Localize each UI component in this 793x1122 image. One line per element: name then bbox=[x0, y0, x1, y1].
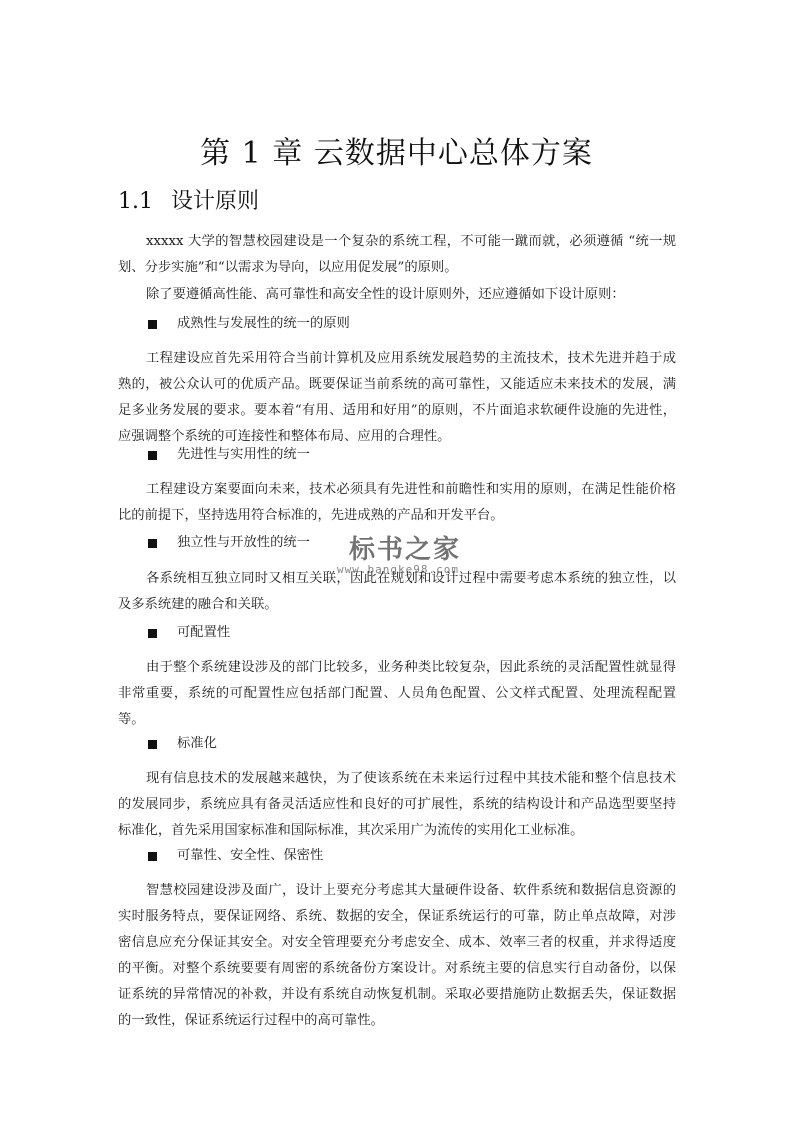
section-title: 设计原则 bbox=[171, 189, 259, 214]
principle-body-text: 智慧校园建设涉及面广，设计上要充分考虑其大量硬件设备、软件系统和数据信息资源的实… bbox=[118, 878, 676, 1034]
intro-lead-block: 除了要遵循高性能、高可靠性和高安全性的设计原则外，还应遵循如下设计原则： bbox=[118, 282, 676, 308]
principle-heading: 成熟性与发展性的统一的原则 bbox=[118, 311, 676, 337]
section-number: 1.1 bbox=[118, 189, 153, 214]
principle-heading: 可靠性、安全性、保密性 bbox=[118, 843, 676, 869]
bullet-square-icon bbox=[148, 740, 157, 749]
principle-heading-text: 先进性与实用性的统一 bbox=[177, 442, 310, 468]
principle-body-text: 各系统相互独立同时又相互关联，因此在规划和设计过程中需要考虑本系统的独立性，以及… bbox=[118, 566, 676, 618]
chapter-title: 第 1 章 云数据中心总体方案 bbox=[0, 128, 793, 172]
principle-body-text: 工程建设方案要面向未来，技术必须具有先进性和前瞻性和实用的原则，在满足性能价格比… bbox=[118, 477, 676, 529]
principle-heading: 标准化 bbox=[118, 731, 676, 757]
principle-body-text: 工程建设应首先采用符合当前计算机及应用系统发展趋势的主流技术，技术先进并趋于成熟… bbox=[118, 346, 676, 450]
principle-heading: 可配置性 bbox=[118, 620, 676, 646]
intro-paragraph: xxxxx 大学的智慧校园建设是一个复杂的系统工程，不可能一蹴而就，必须遵循 “… bbox=[118, 229, 676, 281]
bullet-square-icon bbox=[148, 320, 157, 329]
principle-heading-text: 可靠性、安全性、保密性 bbox=[177, 843, 323, 869]
principle-heading-text: 标准化 bbox=[177, 731, 217, 757]
bullet-square-icon bbox=[148, 451, 157, 460]
intro-lead: 除了要遵循高性能、高可靠性和高安全性的设计原则外，还应遵循如下设计原则： bbox=[118, 282, 676, 308]
principle-body: 工程建设方案要面向未来，技术必须具有先进性和前瞻性和实用的原则，在满足性能价格比… bbox=[118, 477, 676, 529]
bullet-square-icon bbox=[148, 852, 157, 861]
principle-body-text: 现有信息技术的发展越来越快，为了使该系统在未来运行过程中其技术能和整个信息技术的… bbox=[118, 766, 676, 844]
principle-heading: 独立性与开放性的统一 bbox=[118, 530, 676, 556]
principle-heading: 先进性与实用性的统一 bbox=[118, 442, 676, 468]
bullet-square-icon bbox=[148, 539, 157, 548]
principle-body: 由于整个系统建设涉及的部门比较多，业务种类比较复杂，因此系统的灵活配置性就显得非… bbox=[118, 655, 676, 733]
principle-heading-text: 独立性与开放性的统一 bbox=[177, 530, 310, 556]
principle-heading-text: 可配置性 bbox=[177, 620, 230, 646]
document-page: 第 1 章 云数据中心总体方案 1.1设计原则 xxxxx 大学的智慧校园建设是… bbox=[0, 0, 793, 1122]
section-heading: 1.1设计原则 bbox=[118, 184, 259, 215]
intro-paragraph-block: xxxxx 大学的智慧校园建设是一个复杂的系统工程，不可能一蹴而就，必须遵循 “… bbox=[118, 229, 676, 281]
bullet-square-icon bbox=[148, 629, 157, 638]
principle-body: 智慧校园建设涉及面广，设计上要充分考虑其大量硬件设备、软件系统和数据信息资源的实… bbox=[118, 878, 676, 1034]
principle-body: 各系统相互独立同时又相互关联，因此在规划和设计过程中需要考虑本系统的独立性，以及… bbox=[118, 566, 676, 618]
principle-heading-text: 成熟性与发展性的统一的原则 bbox=[177, 311, 350, 337]
principle-body: 工程建设应首先采用符合当前计算机及应用系统发展趋势的主流技术，技术先进并趋于成熟… bbox=[118, 346, 676, 450]
principle-body: 现有信息技术的发展越来越快，为了使该系统在未来运行过程中其技术能和整个信息技术的… bbox=[118, 766, 676, 844]
principle-body-text: 由于整个系统建设涉及的部门比较多，业务种类比较复杂，因此系统的灵活配置性就显得非… bbox=[118, 655, 676, 733]
